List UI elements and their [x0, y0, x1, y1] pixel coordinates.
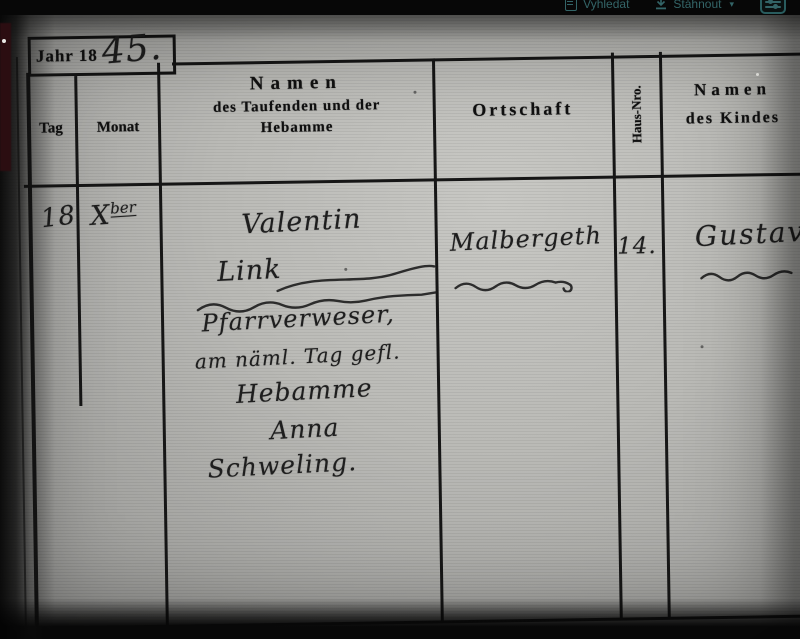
column-header-monat: Monat: [77, 119, 159, 137]
photo-speck: [413, 91, 416, 94]
photo-speck: [344, 268, 347, 271]
download-icon: [655, 0, 667, 11]
entry-hausnro: 14.: [611, 233, 663, 260]
monat-namen-divider: [157, 63, 169, 627]
photo-speck: [701, 345, 704, 348]
slider-line-icon: [765, 1, 781, 3]
entry-taufende-line: Schweling.: [142, 444, 423, 487]
left-outer-rule: [16, 57, 27, 633]
toolbar-actions: Vyhledat Stáhnout ▾: [565, 0, 786, 14]
year-handwritten-value: 45.: [100, 27, 164, 73]
ortschaft-hausnro-divider: [611, 53, 623, 620]
entry-taufende-line: Anna: [171, 408, 438, 450]
entry-month: Xber: [89, 198, 137, 232]
column-header-tag: Tag: [25, 120, 77, 138]
entry-kind-name: Gustav: [694, 215, 800, 254]
download-button-label: Stáhnout: [673, 0, 721, 11]
entry-month-superscript: ber: [110, 198, 137, 218]
entry-taufende-line: Valentin: [168, 200, 435, 244]
ditto-wavy-underline: [453, 274, 579, 294]
search-button[interactable]: Vyhledat: [565, 0, 629, 11]
ditto-wavy-underline: [699, 267, 799, 285]
table-bottom-border: [25, 615, 800, 630]
column-header-taufende-1: Namen: [162, 70, 430, 96]
column-header-taufende-2: des Taufenden und der: [163, 96, 431, 117]
column-header-ortschaft: Ortschaft: [437, 98, 609, 122]
register-scan: Jahr 18 45. Tag Monat Namen des Taufende…: [0, 15, 800, 639]
left-border-rule: [26, 73, 39, 629]
chevron-down-icon: ▾: [729, 0, 734, 10]
scan-white-speck: [2, 39, 6, 43]
column-header-taufende-3: Hebamme: [163, 117, 431, 138]
entry-day: 18: [35, 200, 82, 235]
column-header-kind-2: des Kindes: [663, 109, 800, 129]
column-header-hausnro: Haus-Nro.: [628, 70, 645, 158]
search-button-label: Vyhledat: [583, 0, 629, 11]
header-bottom-border: [24, 173, 800, 188]
scan-edge-red-artifact: [0, 23, 11, 171]
settings-sliders-button[interactable]: [760, 0, 786, 14]
viewer-toolbar: Vyhledat Stáhnout ▾: [0, 0, 800, 15]
slider-line-icon: [765, 6, 781, 8]
entry-taufende-line: am näml. Tag gefl.: [152, 337, 443, 376]
scan-white-speck: [756, 73, 759, 76]
document-icon: [565, 0, 577, 11]
register-table: Jahr 18 45. Tag Monat Namen des Taufende…: [0, 15, 800, 639]
table-top-border: [172, 53, 800, 66]
entry-taufende-line: Hebamme: [171, 370, 438, 412]
hausnro-kind-divider: [659, 52, 671, 619]
entry-ortschaft: Malbergeth: [440, 221, 611, 258]
entry-month-base: X: [89, 200, 111, 232]
column-header-kind-1: Namen: [662, 79, 800, 101]
download-button[interactable]: Stáhnout ▾: [655, 0, 734, 11]
